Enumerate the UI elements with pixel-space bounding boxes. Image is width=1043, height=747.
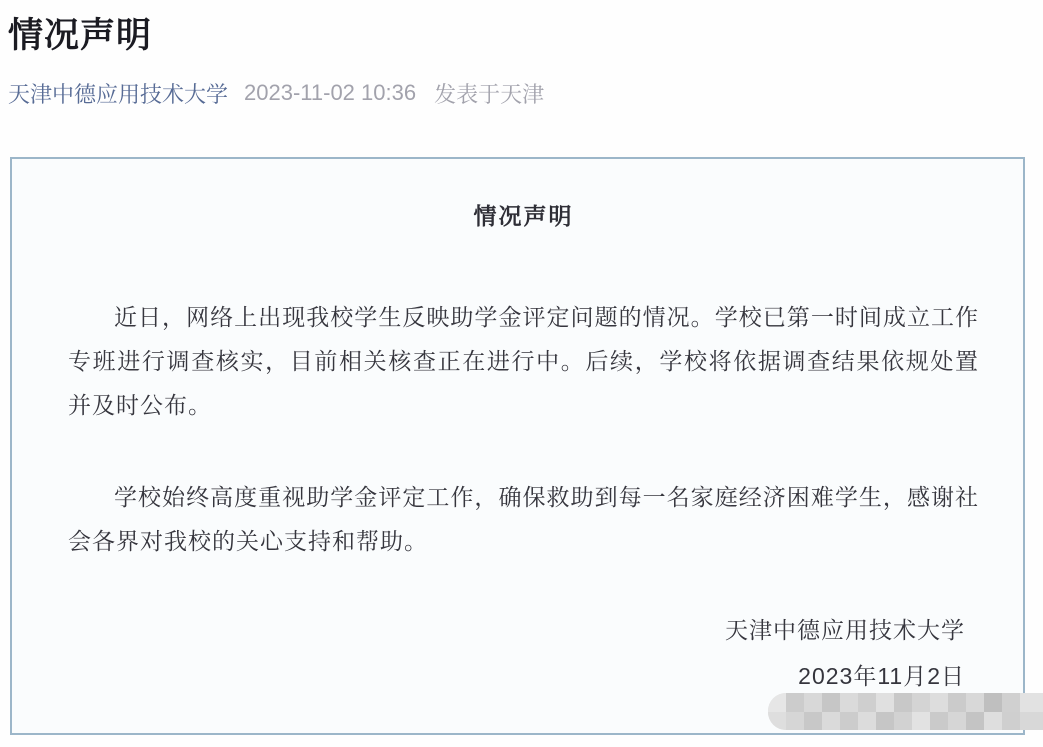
signature-block: 天津中德应用技术大学 2023年11月2日 [68,607,965,699]
statement-title: 情况声明 [68,201,979,231]
article-page: 情况声明 天津中德应用技术大学 2023-11-02 10:36 发表于天津 情… [0,0,1043,747]
mosaic-blur-graphic [768,693,1043,730]
statement-box: 情况声明 近日，网络上出现我校学生反映助学金评定问题的情况。学校已第一时间成立工… [10,157,1025,735]
signature-name: 天津中德应用技术大学 [68,607,965,653]
page-title: 情况声明 [8,8,152,58]
byline: 天津中德应用技术大学 2023-11-02 10:36 发表于天津 [8,79,562,107]
publish-timestamp: 2023-11-02 10:36 [244,80,416,106]
statement-paragraph-2: 学校始终高度重视助学金评定工作，确保救助到每一名家庭经济困难学生，感谢社会各界对… [68,475,979,563]
statement-paragraph-1: 近日，网络上出现我校学生反映助学金评定问题的情况。学校已第一时间成立工作专班进行… [68,295,979,427]
publish-location: 发表于天津 [434,78,544,109]
pixelated-watermark [768,693,1043,730]
account-name-link[interactable]: 天津中德应用技术大学 [8,78,228,109]
